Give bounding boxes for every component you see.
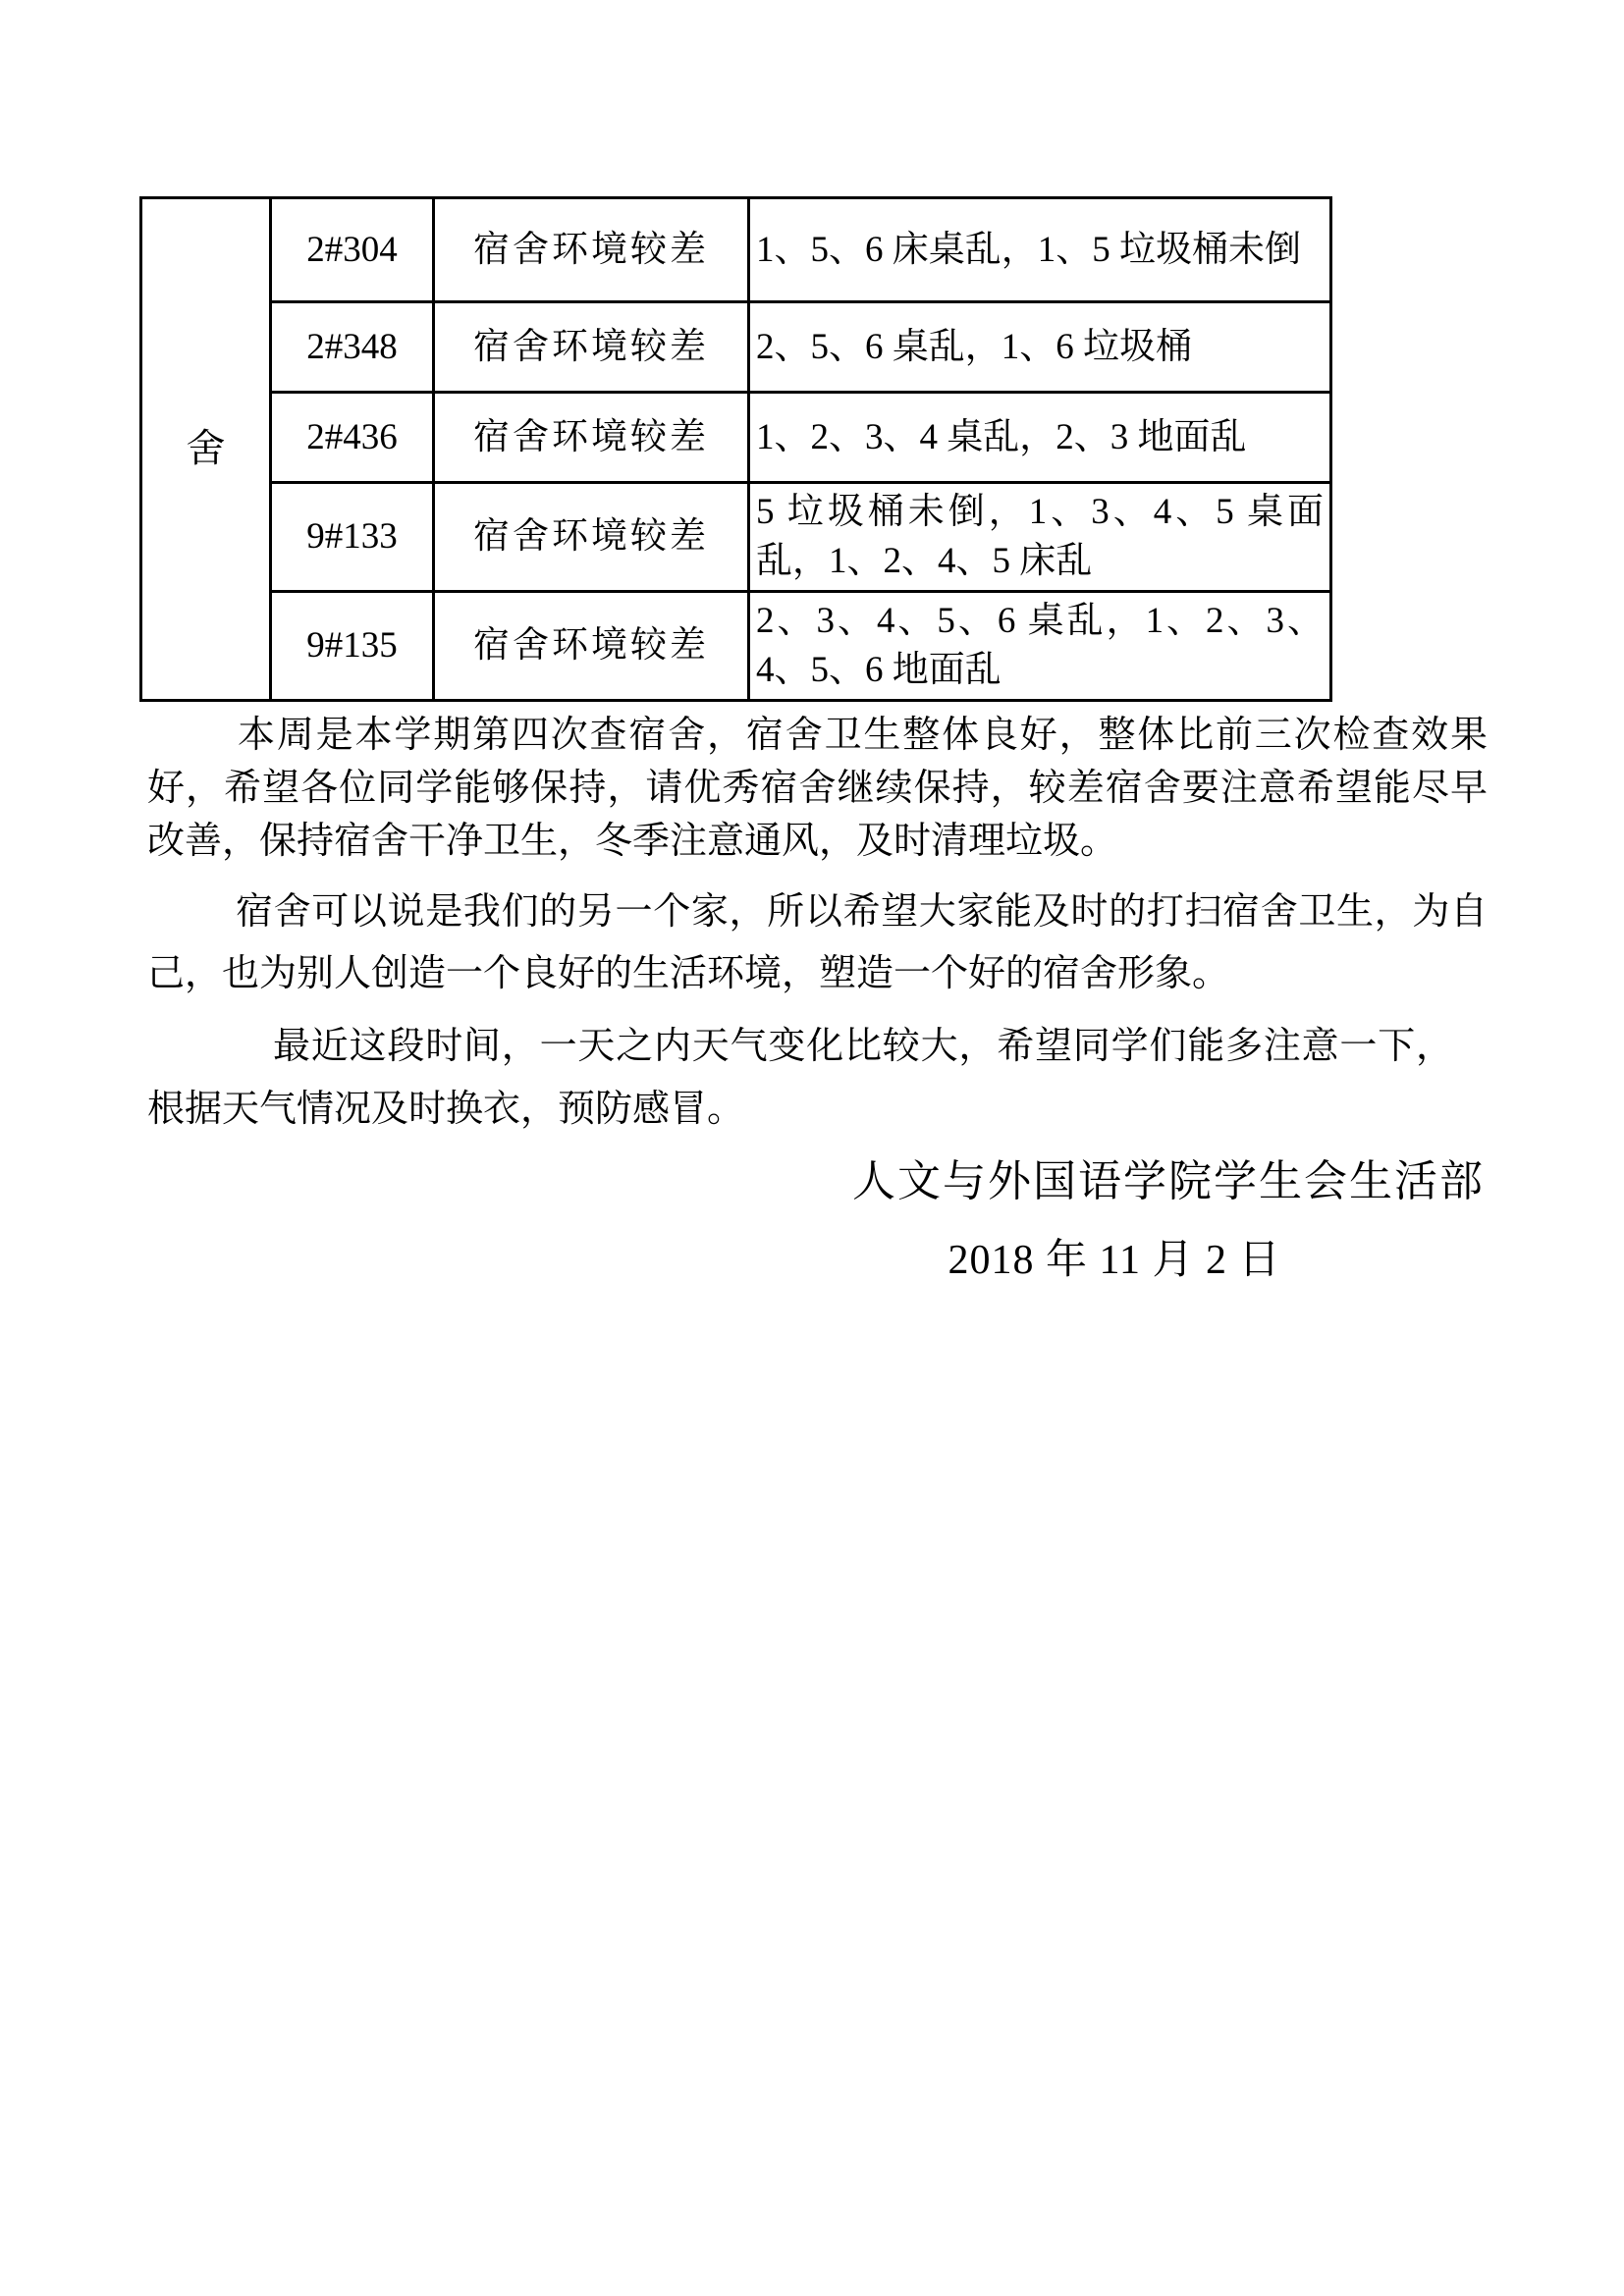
signature-organization: 人文与外国语学院学生会生活部 xyxy=(844,1156,1492,1208)
signature-block: 人文与外国语学院学生会生活部 2018 年 11 月 2 日 xyxy=(844,1156,1492,1285)
paragraph-overall-summary: 本周是本学期第四次查宿舍，宿舍卫生整体良好，整体比前三次检查效果好，希望各位同学… xyxy=(147,709,1488,868)
table-row: 9#135 宿舍环境较差 2、3、4、5、6 桌乱，1、2、3、4、5、6 地面… xyxy=(141,591,1331,700)
issues-cell: 1、5、6 床桌乱，1、5 垃圾桶未倒 xyxy=(749,198,1331,302)
status-cell: 宿舍环境较差 xyxy=(434,591,749,700)
paragraph-weather-advice: 最近这段时间，一天之内天气变化比较大，希望同学们能多注意一下，根据天气情况及时换… xyxy=(147,1015,1453,1141)
table-row: 2#436 宿舍环境较差 1、2、3、4 桌乱，2、3 地面乱 xyxy=(141,393,1331,483)
issues-cell: 5 垃圾桶未倒，1、3、4、5 桌面乱，1、2、4、5 床乱 xyxy=(749,483,1331,592)
room-cell: 2#436 xyxy=(271,393,434,483)
issues-cell: 2、5、6 桌乱，1、6 垃圾桶 xyxy=(749,302,1331,393)
paragraph-dorm-is-home: 宿舍可以说是我们的另一个家，所以希望大家能及时的打扫宿舍卫生，为自己，也为别人创… xyxy=(147,881,1488,1005)
dorm-inspection-table: 舍 2#304 宿舍环境较差 1、5、6 床桌乱，1、5 垃圾桶未倒 2#348… xyxy=(139,196,1332,702)
table-row: 舍 2#304 宿舍环境较差 1、5、6 床桌乱，1、5 垃圾桶未倒 xyxy=(141,198,1331,302)
table-row: 9#133 宿舍环境较差 5 垃圾桶未倒，1、3、4、5 桌面乱，1、2、4、5… xyxy=(141,483,1331,592)
status-cell: 宿舍环境较差 xyxy=(434,198,749,302)
building-cell: 舍 xyxy=(141,198,271,701)
room-cell: 2#348 xyxy=(271,302,434,393)
issues-cell: 2、3、4、5、6 桌乱，1、2、3、4、5、6 地面乱 xyxy=(749,591,1331,700)
status-cell: 宿舍环境较差 xyxy=(434,393,749,483)
room-cell: 9#133 xyxy=(271,483,434,592)
issues-cell: 1、2、3、4 桌乱，2、3 地面乱 xyxy=(749,393,1331,483)
room-cell: 9#135 xyxy=(271,591,434,700)
signature-date: 2018 年 11 月 2 日 xyxy=(790,1236,1438,1285)
room-cell: 2#304 xyxy=(271,198,434,302)
status-cell: 宿舍环境较差 xyxy=(434,302,749,393)
document-page: 舍 2#304 宿舍环境较差 1、5、6 床桌乱，1、5 垃圾桶未倒 2#348… xyxy=(0,0,1624,2296)
table-row: 2#348 宿舍环境较差 2、5、6 桌乱，1、6 垃圾桶 xyxy=(141,302,1331,393)
notice-body: 本周是本学期第四次查宿舍，宿舍卫生整体良好，整体比前三次检查效果好，希望各位同学… xyxy=(147,709,1488,1141)
status-cell: 宿舍环境较差 xyxy=(434,483,749,592)
